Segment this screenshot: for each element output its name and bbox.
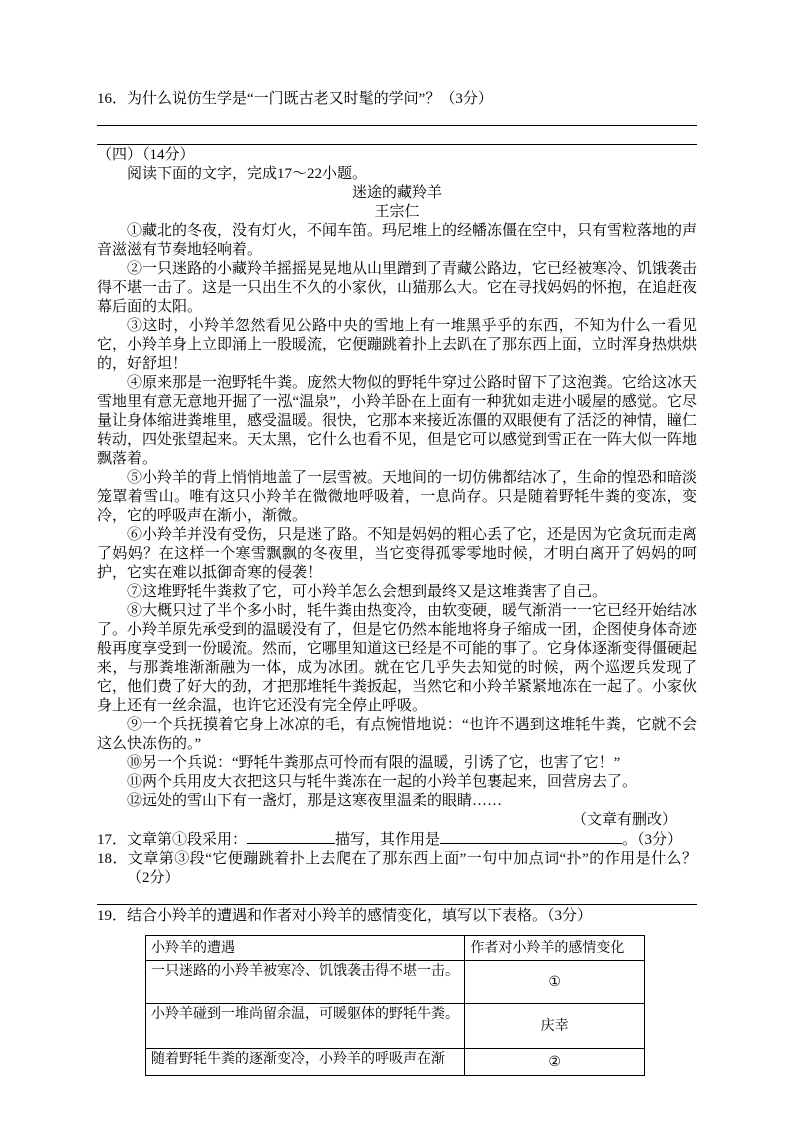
question-19: 19．结合小羚羊的遭遇和作者对小羚羊的感情变化，填写以下表格。（3分） bbox=[97, 907, 697, 926]
exam-document-page: 16．为什么说仿生学是“一门既古老又时髦的学问”？（3分） （四）（14分） 阅… bbox=[0, 0, 794, 1123]
article-paragraph: ⑪两个兵用皮大衣把这只与牦牛粪冻在一起的小羚羊包裹起来，回营房去了。 bbox=[97, 773, 697, 792]
question-18-number: 18． bbox=[97, 851, 128, 867]
table-cell: 小羚羊碰到一堆尚留余温，可暖躯体的野牦牛粪。 bbox=[146, 1004, 465, 1049]
table-cell: 一只迷路的小羚羊被寒冷、饥饿袭击得不堪一击。 bbox=[146, 961, 465, 1004]
table-header-cell: 小羚羊的遭遇 bbox=[146, 936, 465, 961]
question-17-part3: 。（3分） bbox=[622, 832, 682, 848]
article-paragraph: ⑩另一个兵说：“野牦牛粪那点可怜而有限的温暖，引诱了它，也害了它！” bbox=[97, 754, 697, 773]
article-paragraph: ⑥小羚羊并没有受伤，只是迷了路。不知是妈妈的粗心丢了它，还是因为它贪玩而走离了妈… bbox=[97, 526, 697, 583]
article-paragraph: ②一只迷路的小藏羚羊摇摇晃晃地从山里蹭到了青藏公路边，它已经被寒冷、饥饿袭击得不… bbox=[97, 260, 697, 317]
section-4-heading: （四）（14分） bbox=[97, 146, 697, 165]
section-divider bbox=[97, 904, 697, 905]
article-paragraph: ⑦这堆野牦牛粪救了它，可小羚羊怎么会想到最终又是这堆粪害了自己。 bbox=[97, 583, 697, 602]
table-row: 小羚羊碰到一堆尚留余温，可暖躯体的野牦牛粪。庆幸 bbox=[146, 1004, 645, 1049]
question-17-blank-1 bbox=[247, 830, 335, 844]
table-header-row: 小羚羊的遭遇作者对小羚羊的感情变化 bbox=[146, 936, 645, 961]
question-18: 18．文章第③段“它便蹦跳着扑上去爬在了那东西上面”一句中加点词“扑”的作用是什… bbox=[97, 850, 697, 888]
question-17-part2: 描写，其作用是 bbox=[335, 832, 440, 848]
question-19-text: 结合小羚羊的遭遇和作者对小羚羊的感情变化，填写以下表格。（3分） bbox=[127, 908, 592, 924]
question-19-table: 小羚羊的遭遇作者对小羚羊的感情变化 一只迷路的小羚羊被寒冷、饥饿袭击得不堪一击。… bbox=[145, 935, 645, 1076]
question-17: 17．文章第①段采用：描写，其作用是。（3分） bbox=[97, 830, 697, 850]
article-paragraph: ⑨一个兵抚摸着它身上冰凉的毛，有点惋惜地说：“也许不遇到这堆牦牛粪，它就不会这么… bbox=[97, 716, 697, 754]
question-17-part1: 文章第①段采用： bbox=[127, 832, 247, 848]
table-row: 随着野牦牛粪的逐渐变冷，小羚羊的呼吸声在渐② bbox=[146, 1049, 645, 1076]
table-cell: ① bbox=[465, 961, 645, 1004]
table-header-cell: 作者对小羚羊的感情变化 bbox=[465, 936, 645, 961]
section-4-intro: 阅读下面的文字，完成17～22小题。 bbox=[97, 165, 697, 184]
table-cell: 随着野牦牛粪的逐渐变冷，小羚羊的呼吸声在渐 bbox=[146, 1049, 465, 1076]
article-paragraph: ⑫远处的雪山下有一盏灯，那是这寒夜里温柔的眼睛…… bbox=[97, 792, 697, 811]
question-19-number: 19． bbox=[97, 908, 127, 924]
table-cell: 庆幸 bbox=[465, 1004, 645, 1049]
article-paragraph: ⑧大概只过了半个多小时，牦牛粪由热变冷，由软变硬，暖气渐消一一它已经开始结冰了。… bbox=[97, 602, 697, 716]
table-row: 一只迷路的小羚羊被寒冷、饥饿袭击得不堪一击。① bbox=[146, 961, 645, 1004]
question-16: 16．为什么说仿生学是“一门既古老又时髦的学问”？（3分） bbox=[97, 90, 697, 109]
article-paragraph: ④原来那是一泡野牦牛粪。庞然大物似的野牦牛穿过公路时留下了这泡粪。它给这冰天雪地… bbox=[97, 374, 697, 469]
article-paragraph: ①藏北的冬夜，没有灯火，不闻车笛。玛尼堆上的经幡冻僵在空中，只有雪粒落地的声音滋… bbox=[97, 222, 697, 260]
question-16-text: 为什么说仿生学是“一门既古老又时髦的学问”？（3分） bbox=[127, 91, 493, 107]
article-author: 王宗仁 bbox=[97, 203, 697, 222]
article-paragraphs: ①藏北的冬夜，没有灯火，不闻车笛。玛尼堆上的经幡冻僵在空中，只有雪粒落地的声音滋… bbox=[97, 222, 697, 811]
table-cell: ② bbox=[465, 1049, 645, 1076]
table-body: 一只迷路的小羚羊被寒冷、饥饿袭击得不堪一击。①小羚羊碰到一堆尚留余温，可暖躯体的… bbox=[146, 961, 645, 1076]
article-note: （文章有删改） bbox=[97, 811, 697, 830]
article-paragraph: ③这时，小羚羊忽然看见公路中央的雪地上有一堆黑乎乎的东西，不知为什么一看见它，小… bbox=[97, 317, 697, 374]
answer-line-2 bbox=[97, 144, 697, 145]
article-paragraph: ⑤小羚羊的背上悄悄地盖了一层雪被。天地间的一切仿佛都结冰了，生命的惶恐和暗淡笼罩… bbox=[97, 469, 697, 526]
question-16-number: 16． bbox=[97, 91, 127, 107]
article-title: 迷途的藏羚羊 bbox=[97, 184, 697, 203]
question-17-blank-2 bbox=[440, 830, 622, 844]
question-17-number: 17． bbox=[97, 832, 127, 848]
answer-line-1 bbox=[97, 125, 697, 126]
question-18-text: 文章第③段“它便蹦跳着扑上去爬在了那东西上面”一句中加点词“扑”的作用是什么？（… bbox=[127, 851, 697, 886]
